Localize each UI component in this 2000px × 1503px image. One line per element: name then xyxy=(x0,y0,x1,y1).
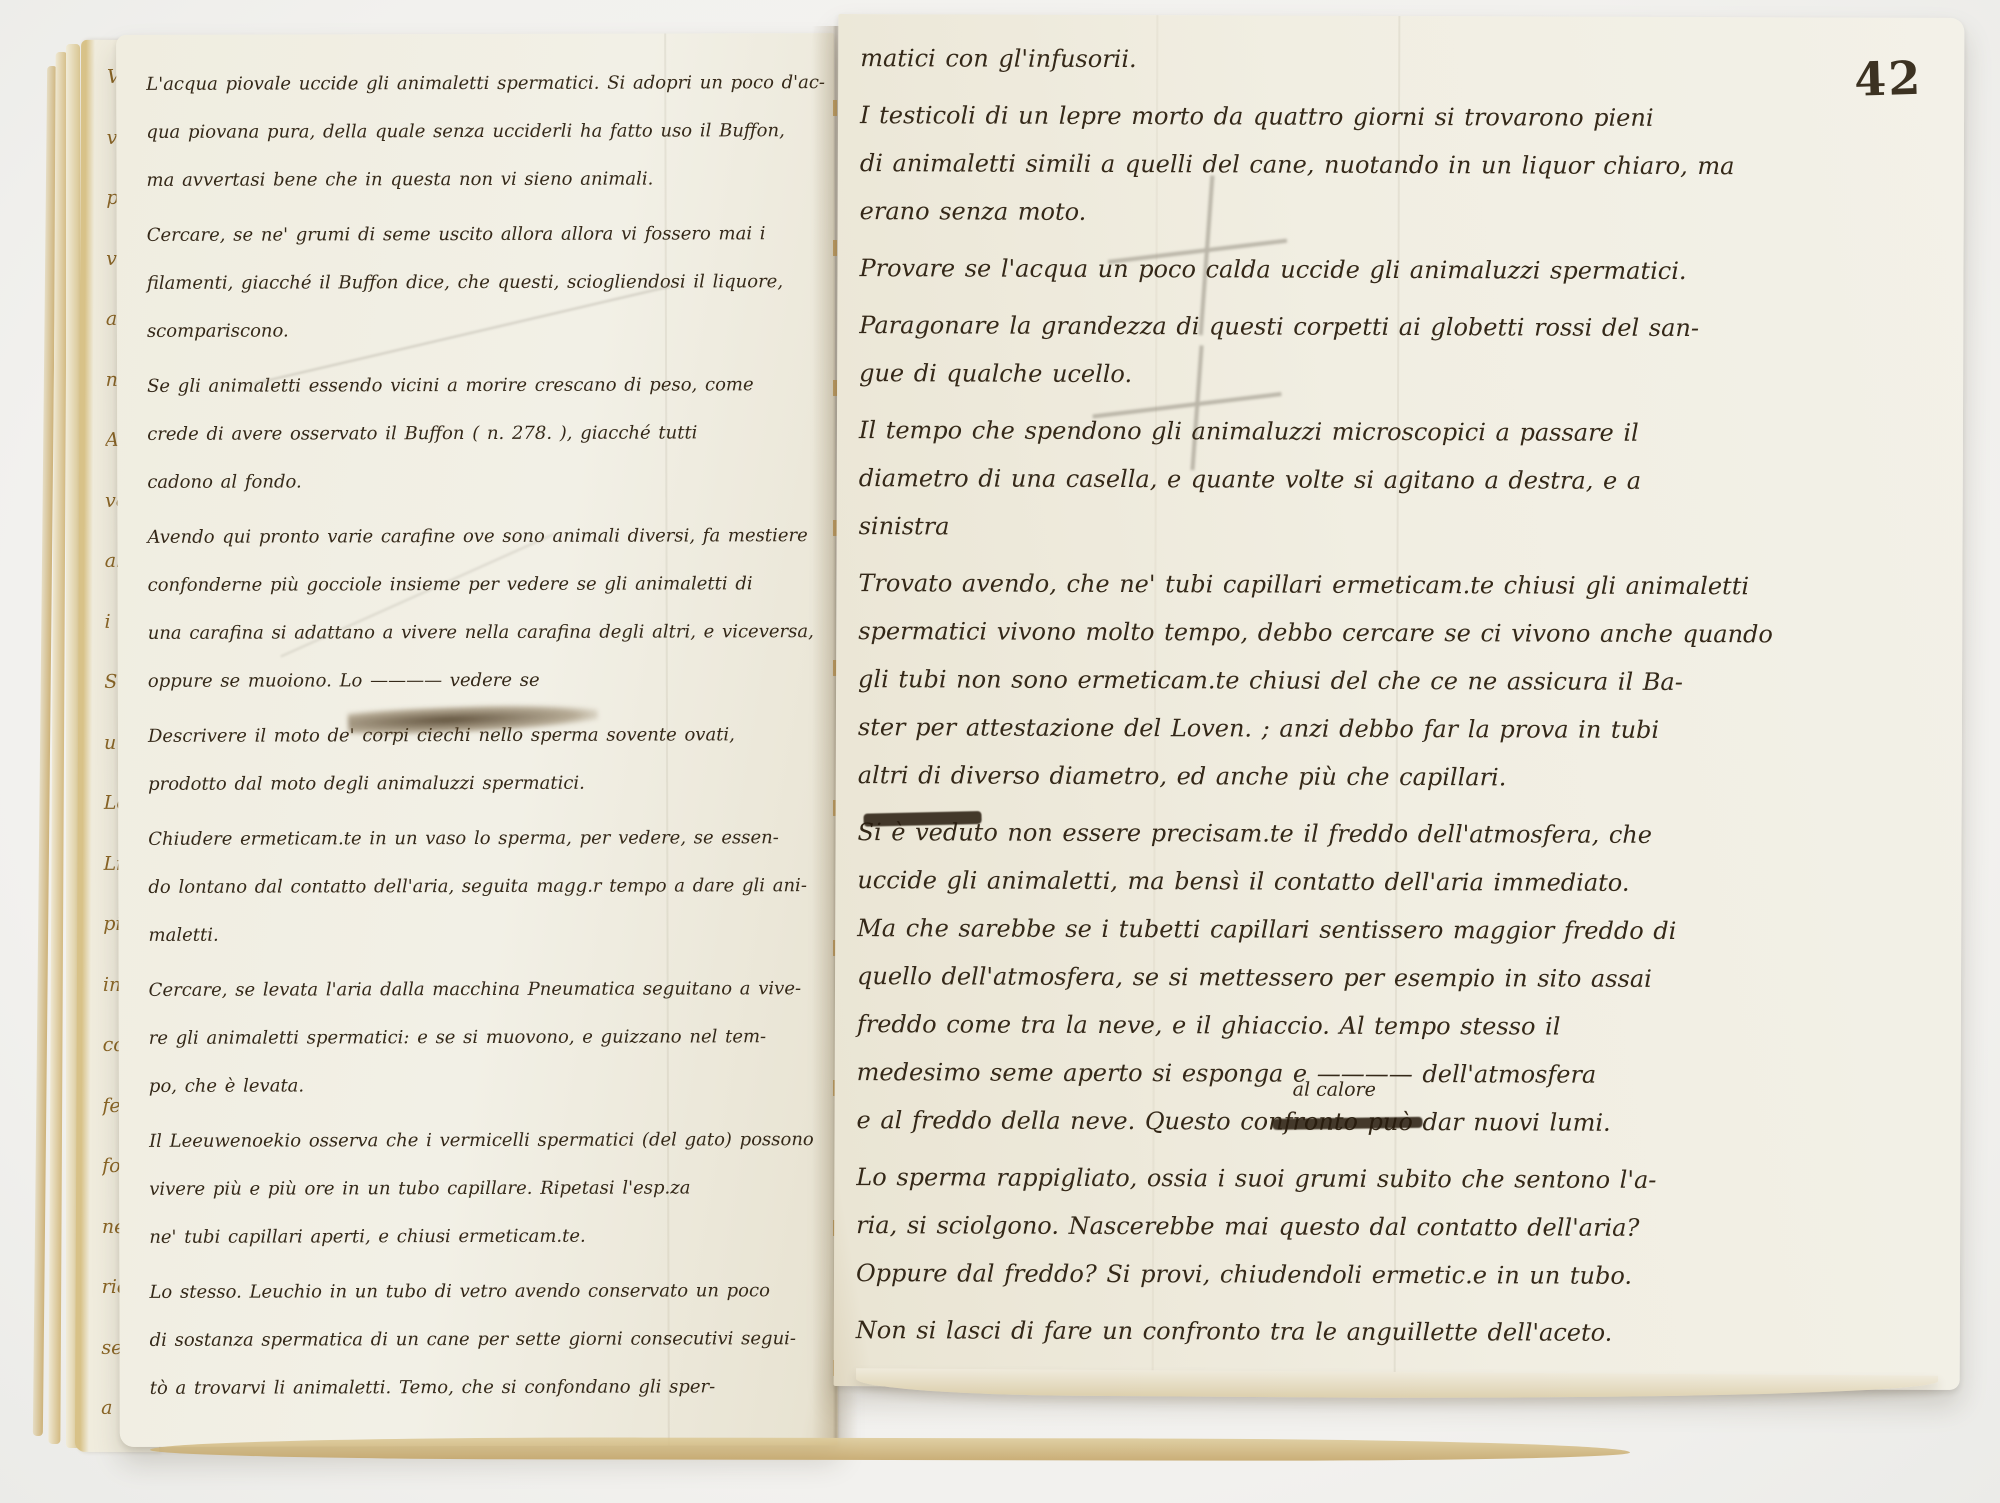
manuscript-paragraph: Se gli animaletti essendo vicini a morir… xyxy=(147,361,827,507)
manuscript-paragraph: Non si lasci di fare un confronto tra le… xyxy=(856,1306,1934,1358)
manuscript-paragraph: Cercare, se ne' grumi di seme uscito all… xyxy=(147,210,827,356)
manuscript-paragraph: Il Leeuwenoekio osserva che i vermicelli… xyxy=(149,1116,829,1262)
manuscript-paragraph: Paragonare la grandezza di questi corpet… xyxy=(859,301,1937,401)
manuscript-paragraph: Il tempo che spendono gli animaluzzi mic… xyxy=(859,406,1937,554)
right-page: 42 matici con gl'infusorii. I testicoli … xyxy=(834,14,1965,1390)
left-page-text: L'acqua piovale uccide gli animaletti sp… xyxy=(146,59,830,1420)
manuscript-paragraph: L'acqua piovale uccide gli animaletti sp… xyxy=(146,59,826,205)
manuscript-paragraph: Lo stesso. Leuchio in un tubo di vetro a… xyxy=(149,1267,829,1413)
manuscript-paragraph: Chiudere ermeticam.te in un vaso lo sper… xyxy=(148,814,828,960)
manuscript-paragraph: Avendo qui pronto varie carafine ove son… xyxy=(147,512,828,706)
ink-strikethrough xyxy=(1272,1117,1422,1130)
manuscript-paragraph: Provare se l'acqua un poco calda uccide … xyxy=(859,244,1937,296)
manuscript-paragraph: Cercare, se levata l'aria dalla macchina… xyxy=(149,965,829,1111)
manuscript-paragraph: matici con gl'infusorii. xyxy=(860,34,1938,86)
right-page-text: matici con gl'infusorii. I testicoli di … xyxy=(856,34,1939,1367)
manuscript-photo: { "meta": { "language": "Italian", "ink_… xyxy=(0,0,2000,1503)
ink-strikethrough xyxy=(863,811,981,827)
left-page: L'acqua piovale uccide gli animaletti sp… xyxy=(116,33,838,1447)
manuscript-paragraph: Trovato avendo, che ne' tubi capillari e… xyxy=(858,559,1937,803)
book-bottom-edge xyxy=(150,1437,1630,1462)
manuscript-paragraph: Lo sperma rappigliato, ossia i suoi grum… xyxy=(856,1153,1934,1301)
interlinear-insertion: al calore xyxy=(1293,1066,1376,1114)
manuscript-paragraph: I testicoli di un lepre morto da quattro… xyxy=(860,91,1938,239)
manuscript-paragraph: Si è veduto non essere precisam.te il fr… xyxy=(856,808,1935,1148)
